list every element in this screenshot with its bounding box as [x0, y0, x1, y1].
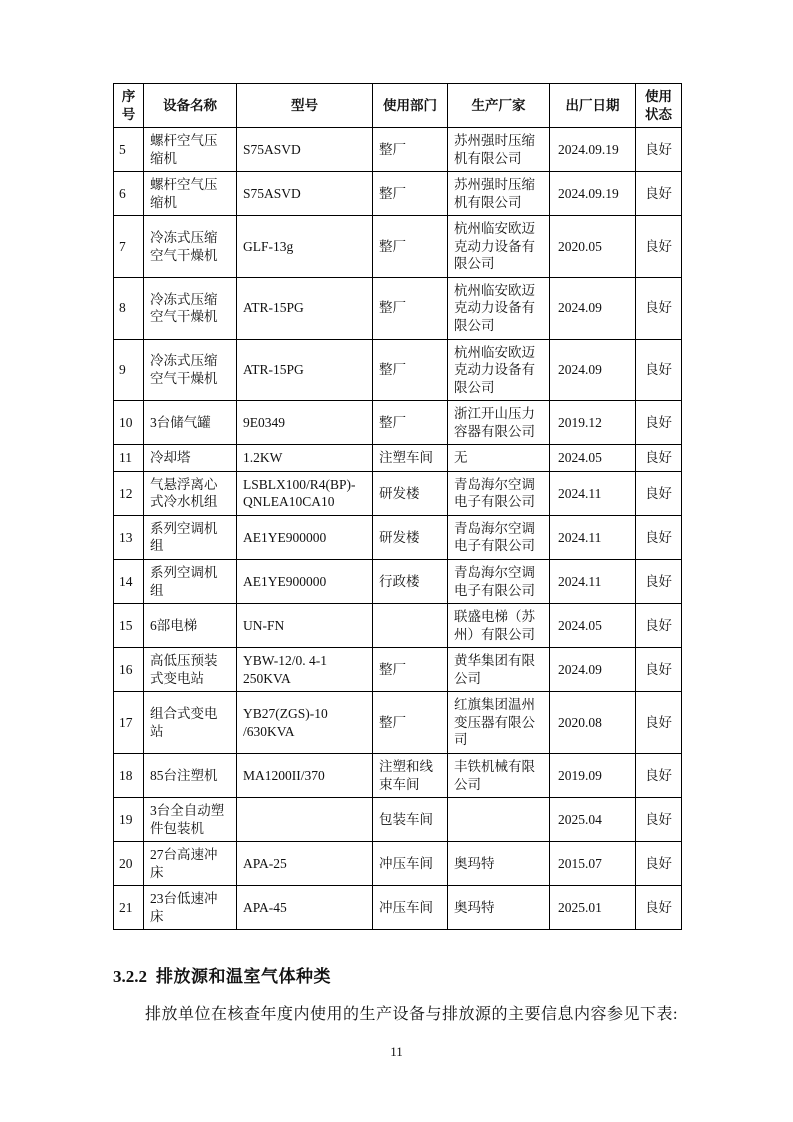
- table-cell: 螺杆空气压缩机: [144, 128, 237, 172]
- table-cell: 良好: [636, 515, 682, 559]
- table-row: 8冷冻式压缩空气干燥机ATR-15PG整厂杭州临安欧迈克动力设备有限公司2024…: [114, 277, 682, 339]
- header-cell: 使用部门: [373, 84, 448, 128]
- table-cell: ATR-15PG: [237, 339, 373, 401]
- table-row: 7冷冻式压缩空气干燥机GLF-13g整厂杭州临安欧迈克动力设备有限公司2020.…: [114, 216, 682, 278]
- table-cell: 注塑和线束车间: [373, 753, 448, 797]
- header-cell: 生产厂家: [448, 84, 550, 128]
- table-cell: AE1YE900000: [237, 515, 373, 559]
- table-cell: 2024.09.19: [550, 128, 636, 172]
- table-cell: 10: [114, 401, 144, 445]
- page-number: 11: [0, 1044, 793, 1060]
- equipment-table: 序号设备名称型号使用部门生产厂家出厂日期使用状态 5螺杆空气压缩机S75ASVD…: [113, 83, 682, 930]
- table-cell: 良好: [636, 445, 682, 472]
- table-cell: 3台储气罐: [144, 401, 237, 445]
- table-cell: 冷冻式压缩空气干燥机: [144, 216, 237, 278]
- header-cell: 出厂日期: [550, 84, 636, 128]
- table-row: 14系列空调机组AE1YE900000行政楼青岛海尔空调电子有限公司2024.1…: [114, 560, 682, 604]
- table-cell: 11: [114, 445, 144, 472]
- table-cell: ATR-15PG: [237, 277, 373, 339]
- table-cell: 冲压车间: [373, 842, 448, 886]
- table-cell: 7: [114, 216, 144, 278]
- table-cell: 良好: [636, 604, 682, 648]
- table-cell: 良好: [636, 798, 682, 842]
- table-cell: 丰铁机械有限公司: [448, 753, 550, 797]
- table-cell: 良好: [636, 172, 682, 216]
- table-cell: 2019.09: [550, 753, 636, 797]
- table-cell: 青岛海尔空调电子有限公司: [448, 471, 550, 515]
- table-cell: 14: [114, 560, 144, 604]
- table-cell: 研发楼: [373, 471, 448, 515]
- heading-title: 排放源和温室气体种类: [156, 967, 331, 986]
- table-cell: 2025.01: [550, 886, 636, 930]
- table-cell: 良好: [636, 128, 682, 172]
- table-cell: 高低压预装式变电站: [144, 648, 237, 692]
- table-row: 12气悬浮离心式冷水机组LSBLX100/R4(BP)-QNLEA10CA10研…: [114, 471, 682, 515]
- table-cell: 黄华集团有限公司: [448, 648, 550, 692]
- table-cell: 9E0349: [237, 401, 373, 445]
- table-cell: 21: [114, 886, 144, 930]
- table-cell: 奥玛特: [448, 886, 550, 930]
- table-cell: [448, 798, 550, 842]
- table-cell: 气悬浮离心式冷水机组: [144, 471, 237, 515]
- table-cell: 苏州强时压缩机有限公司: [448, 128, 550, 172]
- table-cell: 良好: [636, 471, 682, 515]
- header-cell: 设备名称: [144, 84, 237, 128]
- table-cell: 20: [114, 842, 144, 886]
- table-cell: 8: [114, 277, 144, 339]
- table-row: 11冷却塔1.2KW注塑车间无2024.05良好: [114, 445, 682, 472]
- table-cell: 5: [114, 128, 144, 172]
- header-cell: 使用状态: [636, 84, 682, 128]
- document-page: 序号设备名称型号使用部门生产厂家出厂日期使用状态 5螺杆空气压缩机S75ASVD…: [0, 0, 793, 1122]
- table-cell: 系列空调机组: [144, 560, 237, 604]
- table-row: 1885台注塑机MA1200II/370注塑和线束车间丰铁机械有限公司2019.…: [114, 753, 682, 797]
- heading-number: 3.2.2: [113, 967, 147, 986]
- table-cell: 整厂: [373, 172, 448, 216]
- table-cell: S75ASVD: [237, 128, 373, 172]
- table-cell: 良好: [636, 216, 682, 278]
- table-cell: 杭州临安欧迈克动力设备有限公司: [448, 277, 550, 339]
- table-cell: 整厂: [373, 401, 448, 445]
- table-cell: 良好: [636, 753, 682, 797]
- table-cell: LSBLX100/R4(BP)-QNLEA10CA10: [237, 471, 373, 515]
- table-cell: 螺杆空气压缩机: [144, 172, 237, 216]
- table-cell: 12: [114, 471, 144, 515]
- table-cell: 3台全自动塑件包装机: [144, 798, 237, 842]
- table-cell: 冷冻式压缩空气干燥机: [144, 339, 237, 401]
- table-cell: 6: [114, 172, 144, 216]
- table-cell: 组合式变电站: [144, 692, 237, 754]
- table-cell: 9: [114, 339, 144, 401]
- table-cell: 整厂: [373, 648, 448, 692]
- table-cell: 青岛海尔空调电子有限公司: [448, 560, 550, 604]
- table-cell: 良好: [636, 277, 682, 339]
- table-row: 13系列空调机组AE1YE900000研发楼青岛海尔空调电子有限公司2024.1…: [114, 515, 682, 559]
- table-cell: 行政楼: [373, 560, 448, 604]
- table-row: 193台全自动塑件包装机包装车间2025.04良好: [114, 798, 682, 842]
- table-row: 156部电梯UN-FN联盛电梯（苏州）有限公司2024.05良好: [114, 604, 682, 648]
- table-cell: 整厂: [373, 128, 448, 172]
- table-cell: 2024.09: [550, 648, 636, 692]
- table-cell: 整厂: [373, 692, 448, 754]
- table-cell: 2024.05: [550, 604, 636, 648]
- table-cell: 2024.09: [550, 277, 636, 339]
- table-cell: 2019.12: [550, 401, 636, 445]
- table-cell: 2024.11: [550, 471, 636, 515]
- table-cell: 2024.11: [550, 560, 636, 604]
- table-cell: 良好: [636, 648, 682, 692]
- table-cell: GLF-13g: [237, 216, 373, 278]
- table-cell: 红旗集团温州变压器有限公司: [448, 692, 550, 754]
- table-row: 2123台低速冲床APA-45冲压车间奥玛特2025.01良好: [114, 886, 682, 930]
- table-row: 5螺杆空气压缩机S75ASVD整厂苏州强时压缩机有限公司2024.09.19良好: [114, 128, 682, 172]
- table-cell: 冲压车间: [373, 886, 448, 930]
- header-cell: 型号: [237, 84, 373, 128]
- table-cell: 2025.04: [550, 798, 636, 842]
- table-cell: 整厂: [373, 216, 448, 278]
- body-paragraph: 排放单位在核查年度内使用的生产设备与排放源的主要信息内容参见下表:: [113, 1003, 681, 1027]
- table-cell: 系列空调机组: [144, 515, 237, 559]
- table-cell: 6部电梯: [144, 604, 237, 648]
- table-cell: 良好: [636, 842, 682, 886]
- table-cell: YBW-12/0. 4-1 250KVA: [237, 648, 373, 692]
- table-cell: 注塑车间: [373, 445, 448, 472]
- table-cell: 良好: [636, 692, 682, 754]
- table-cell: 无: [448, 445, 550, 472]
- section-heading: 3.2.2排放源和温室气体种类: [113, 962, 681, 987]
- table-cell: 16: [114, 648, 144, 692]
- table-header-row: 序号设备名称型号使用部门生产厂家出厂日期使用状态: [114, 84, 682, 128]
- equipment-table-body: 5螺杆空气压缩机S75ASVD整厂苏州强时压缩机有限公司2024.09.19良好…: [114, 128, 682, 930]
- header-cell: 序号: [114, 84, 144, 128]
- table-cell: 杭州临安欧迈克动力设备有限公司: [448, 339, 550, 401]
- table-cell: [237, 798, 373, 842]
- table-cell: 85台注塑机: [144, 753, 237, 797]
- table-cell: APA-45: [237, 886, 373, 930]
- table-row: 6螺杆空气压缩机S75ASVD整厂苏州强时压缩机有限公司2024.09.19良好: [114, 172, 682, 216]
- table-cell: AE1YE900000: [237, 560, 373, 604]
- table-cell: 2024.09: [550, 339, 636, 401]
- table-cell: 2024.05: [550, 445, 636, 472]
- table-row: 2027台高速冲床APA-25冲压车间奥玛特2015.07良好: [114, 842, 682, 886]
- table-cell: 15: [114, 604, 144, 648]
- table-cell: 整厂: [373, 277, 448, 339]
- table-cell: 27台高速冲床: [144, 842, 237, 886]
- table-cell: 23台低速冲床: [144, 886, 237, 930]
- table-cell: MA1200II/370: [237, 753, 373, 797]
- table-cell: [373, 604, 448, 648]
- table-cell: 2024.09.19: [550, 172, 636, 216]
- table-cell: 冷冻式压缩空气干燥机: [144, 277, 237, 339]
- table-cell: 1.2KW: [237, 445, 373, 472]
- table-row: 103台储气罐9E0349整厂浙江开山压力容器有限公司2019.12良好: [114, 401, 682, 445]
- table-cell: 研发楼: [373, 515, 448, 559]
- table-cell: 浙江开山压力容器有限公司: [448, 401, 550, 445]
- table-cell: 2020.08: [550, 692, 636, 754]
- table-cell: 19: [114, 798, 144, 842]
- table-row: 9冷冻式压缩空气干燥机ATR-15PG整厂杭州临安欧迈克动力设备有限公司2024…: [114, 339, 682, 401]
- table-cell: 2015.07: [550, 842, 636, 886]
- table-cell: 2024.11: [550, 515, 636, 559]
- table-row: 17组合式变电站YB27(ZGS)-10 /630KVA整厂红旗集团温州变压器有…: [114, 692, 682, 754]
- table-cell: 良好: [636, 560, 682, 604]
- table-cell: 良好: [636, 886, 682, 930]
- table-cell: 整厂: [373, 339, 448, 401]
- table-cell: 13: [114, 515, 144, 559]
- table-cell: 良好: [636, 339, 682, 401]
- table-cell: 青岛海尔空调电子有限公司: [448, 515, 550, 559]
- table-cell: 联盛电梯（苏州）有限公司: [448, 604, 550, 648]
- table-cell: 苏州强时压缩机有限公司: [448, 172, 550, 216]
- table-cell: 包装车间: [373, 798, 448, 842]
- table-cell: 杭州临安欧迈克动力设备有限公司: [448, 216, 550, 278]
- table-cell: 良好: [636, 401, 682, 445]
- table-cell: 18: [114, 753, 144, 797]
- table-cell: APA-25: [237, 842, 373, 886]
- table-cell: S75ASVD: [237, 172, 373, 216]
- table-cell: 冷却塔: [144, 445, 237, 472]
- table-cell: 奥玛特: [448, 842, 550, 886]
- table-cell: YB27(ZGS)-10 /630KVA: [237, 692, 373, 754]
- table-cell: 2020.05: [550, 216, 636, 278]
- table-row: 16高低压预装式变电站YBW-12/0. 4-1 250KVA整厂黄华集团有限公…: [114, 648, 682, 692]
- table-cell: 17: [114, 692, 144, 754]
- table-cell: UN-FN: [237, 604, 373, 648]
